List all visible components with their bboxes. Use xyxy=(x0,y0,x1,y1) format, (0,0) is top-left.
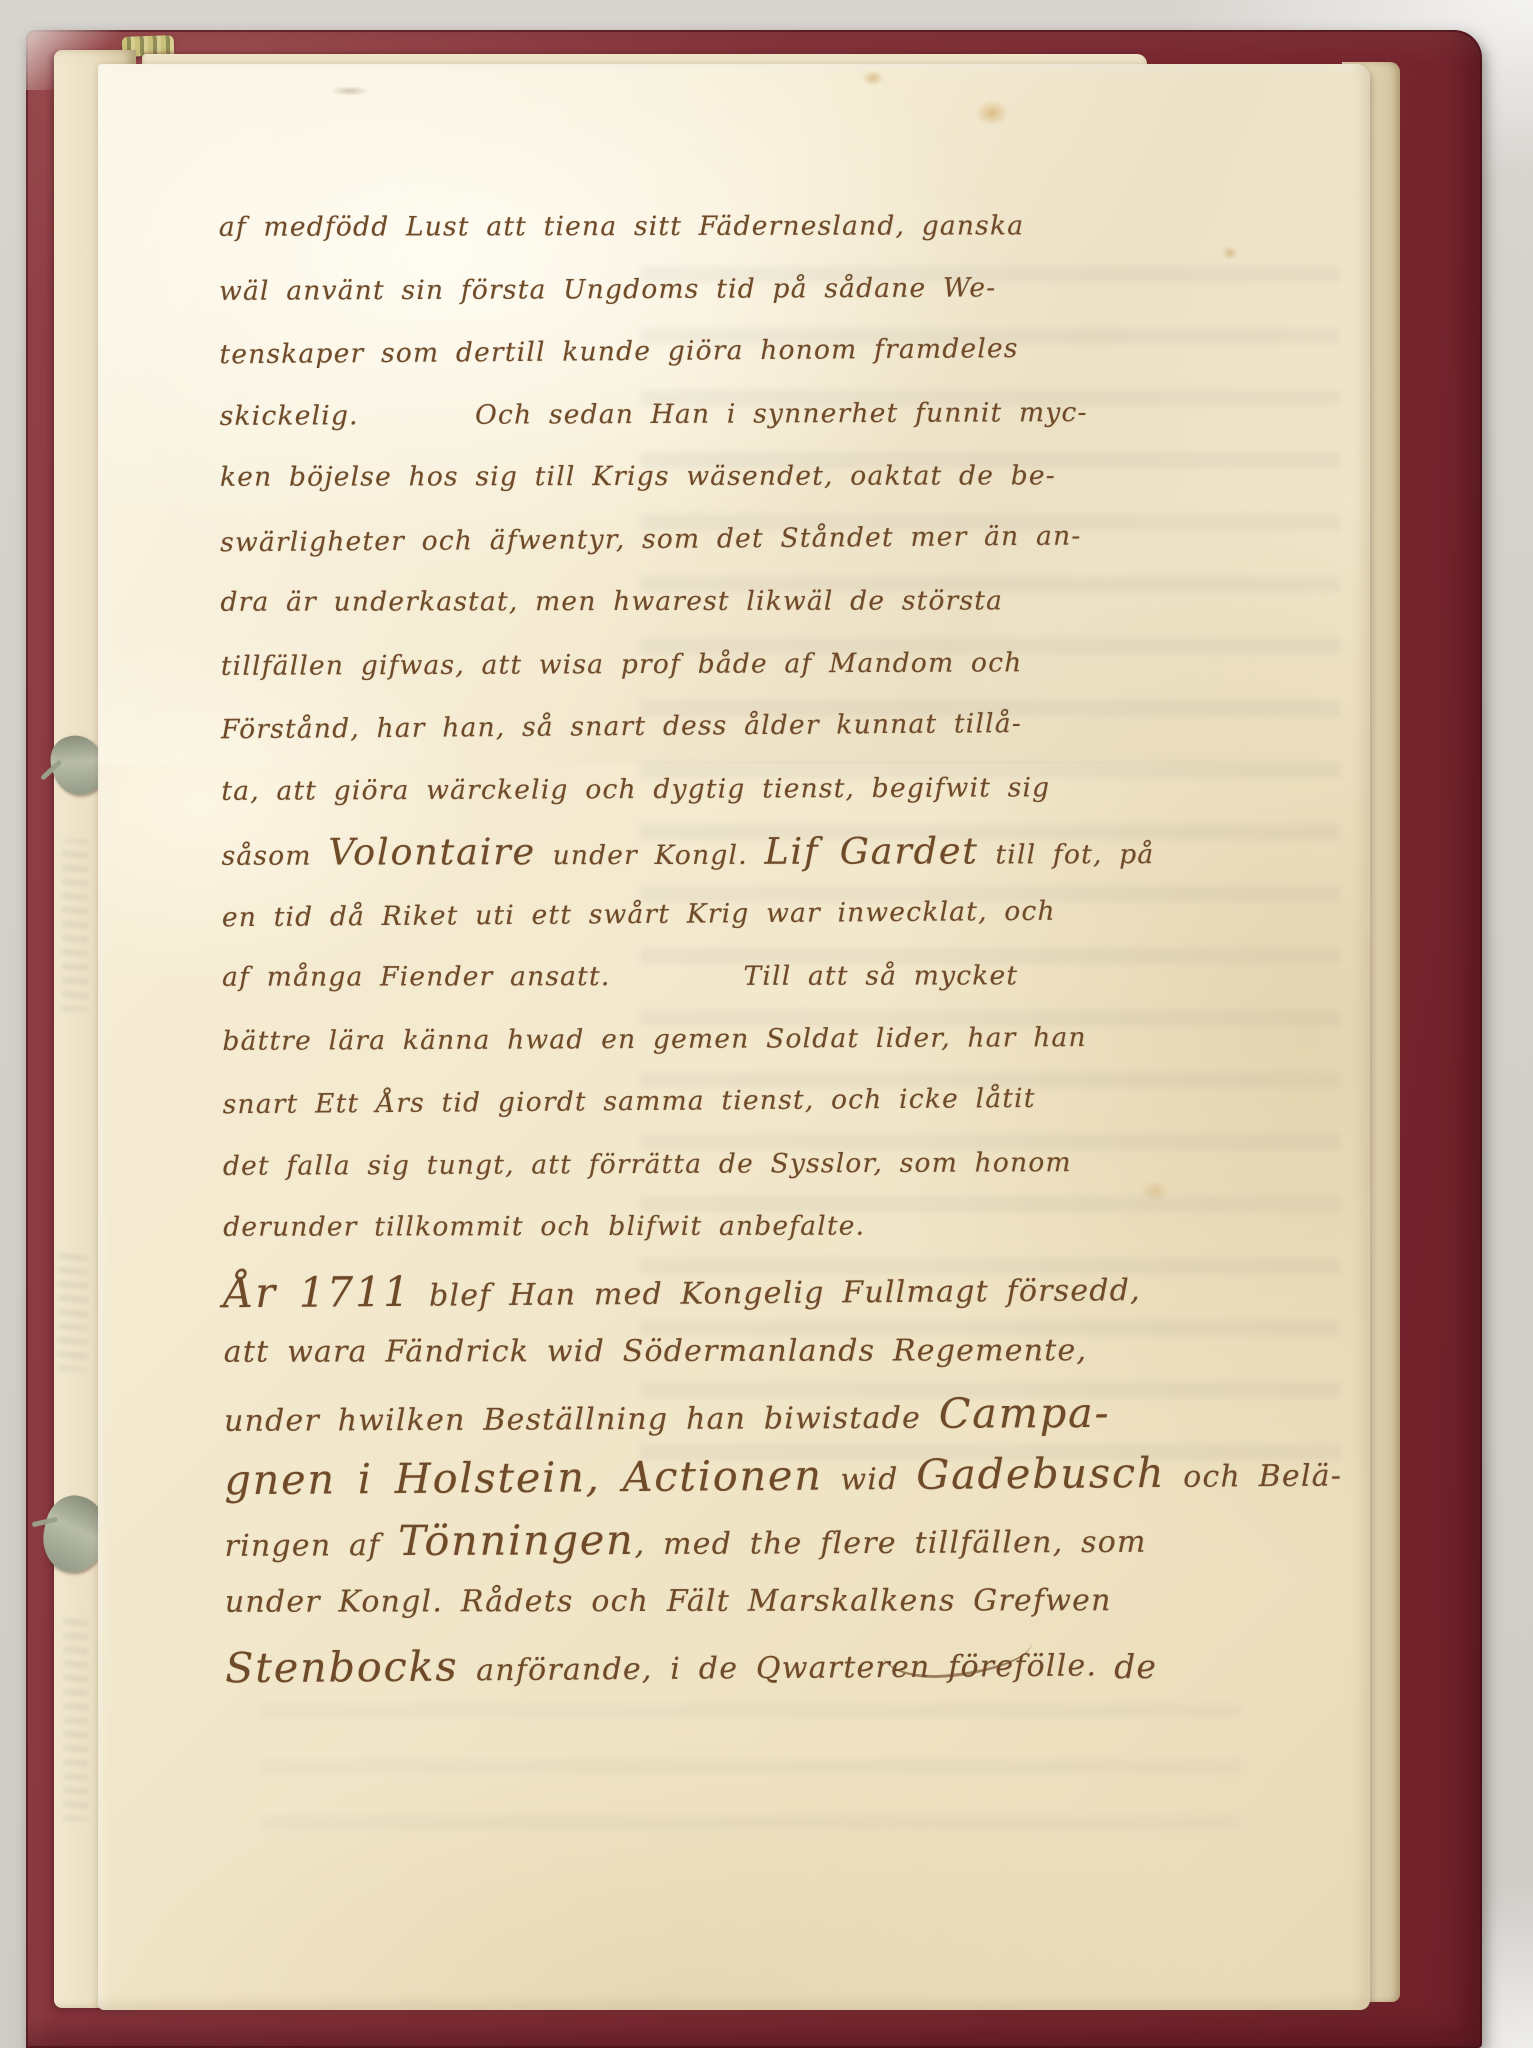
text-segment: skickelig. Och sedan Han i synnerhet fun… xyxy=(220,397,1088,432)
text-segment: bättre lära känna hwad en gemen Soldat l… xyxy=(222,1022,1087,1057)
text-segment: och Belä- xyxy=(1165,1458,1342,1494)
manuscript-line: under Kongl. Rådets och Fält Marskalkens… xyxy=(225,1570,1061,1634)
text-segment: tillfällen gifwas, att wisa prof både af… xyxy=(221,647,1023,681)
manuscript-line: snart Ett Års tid giordt samma tienst, o… xyxy=(222,1068,1058,1137)
text-segment: Förstånd, har han, så snart dess ålder k… xyxy=(221,708,1022,745)
text-segment: wäl använt sin första Ungdoms tid på såd… xyxy=(219,272,996,306)
text-segment: dra är underkastat, men hwarest likwäl d… xyxy=(220,585,1003,617)
emphasized-word: Campa- xyxy=(939,1388,1111,1437)
manuscript-line: bättre lära känna hwad en gemen Soldat l… xyxy=(222,1007,1058,1073)
manuscript-line: gnen i Holstein, Actionen wid Gadebusch … xyxy=(224,1443,1060,1512)
text-segment: ken böjelse hos sig till Krigs wäsendet,… xyxy=(220,460,1056,492)
manuscript-line: att wara Fändrick wid Södermanlands Rege… xyxy=(224,1320,1060,1384)
showthrough-mark xyxy=(58,1250,88,1370)
manuscript-line: tillfällen gifwas, att wisa prof både af… xyxy=(221,632,1057,698)
manuscript-line: dra är underkastat, men hwarest likwäl d… xyxy=(220,570,1056,634)
emphasized-word: Stenbocks xyxy=(225,1642,459,1692)
manuscript-text: af medfödd Lust att tiena sitt Fädernesl… xyxy=(219,194,1062,1698)
text-segment: under hwilken Beställning han biwistade xyxy=(224,1400,939,1438)
emphasized-word: Lif Gardet xyxy=(764,829,978,872)
manuscript-line: under hwilken Beställning han biwistade … xyxy=(224,1382,1060,1448)
text-segment: det falla sig tungt, att förrätta de Sys… xyxy=(223,1147,1072,1182)
text-segment: under Kongl. xyxy=(536,840,765,871)
emphasized-word: År 1711 xyxy=(223,1267,411,1316)
emphasized-word: Volontaire xyxy=(328,830,536,873)
text-segment: swärligheter och äfwentyr, som det Stånd… xyxy=(220,520,1081,558)
manuscript-line: af många Fiender ansatt. Till att så myc… xyxy=(222,945,1058,1009)
manuscript-line: det falla sig tungt, att förrätta de Sys… xyxy=(223,1132,1059,1198)
text-segment: snart Ett Års tid giordt samma tienst, o… xyxy=(223,1083,1036,1120)
showthrough-mark xyxy=(62,840,88,1010)
manuscript-line: ken böjelse hos sig till Krigs wäsendet,… xyxy=(220,445,1056,509)
manuscript-line: derunder tillkommit och blifwit anbefalt… xyxy=(223,1195,1059,1259)
manuscript-line: af medfödd Lust att tiena sitt Fädernesl… xyxy=(219,195,1055,259)
manuscript-line: ta, att giöra wärckelig och dygtig tiens… xyxy=(221,757,1057,823)
manuscript-line: wäl använt sin första Ungdoms tid på såd… xyxy=(219,257,1055,323)
manuscript-line: tenskaper som dertill kunde giöra honom … xyxy=(219,318,1055,387)
text-segment: såsom xyxy=(222,841,329,872)
text-segment: ta, att giöra wärckelig och dygtig tiens… xyxy=(221,772,1050,807)
emphasized-word: gnen i Holstein, Actionen xyxy=(224,1452,823,1505)
catchword: de xyxy=(1114,1635,1158,1698)
manuscript-line: Förstånd, har han, så snart dess ålder k… xyxy=(221,693,1057,762)
manuscript-line: År 1711 blef Han med Kongelig Fullmagt f… xyxy=(223,1255,1059,1324)
text-segment: , med the flere tillfällen, som xyxy=(635,1524,1147,1561)
text-segment: af medfödd Lust att tiena sitt Fädernesl… xyxy=(219,210,1024,242)
text-segment: wid xyxy=(823,1462,917,1498)
text-segment: ringen af xyxy=(225,1528,399,1564)
manuscript-line: swärligheter och äfwentyr, som det Stånd… xyxy=(220,505,1056,574)
manuscript-line: skickelig. Och sedan Han i synnerhet fun… xyxy=(220,382,1056,448)
text-segment: till fot, på xyxy=(979,839,1155,870)
text-segment: af många Fiender ansatt. Till att så myc… xyxy=(222,960,1018,992)
manuscript-line: såsom Volontaire under Kongl. Lif Gardet… xyxy=(222,820,1058,884)
text-segment: att wara Fändrick wid Södermanlands Rege… xyxy=(224,1333,1087,1370)
showthrough-mark xyxy=(64,1610,88,1820)
text-segment: en tid då Riket uti ett swårt Krig war i… xyxy=(222,895,1056,933)
emphasized-word: Gadebusch xyxy=(916,1449,1166,1499)
text-segment: tenskaper som dertill kunde giöra honom … xyxy=(219,333,1018,370)
emphasized-word: Tönningen xyxy=(398,1516,635,1565)
manuscript-line: Stenbocks anförande, i de Qwarteren före… xyxy=(225,1630,1061,1699)
text-segment: blef Han med Kongelig Fullmagt försedd, xyxy=(411,1273,1141,1314)
manuscript-line: en tid då Riket uti ett swårt Krig war i… xyxy=(222,880,1058,949)
text-segment: derunder tillkommit och blifwit anbefalt… xyxy=(223,1211,865,1243)
text-segment: under Kongl. Rådets och Fält Marskalkens… xyxy=(225,1583,1112,1620)
manuscript-line: ringen af Tönningen, med the flere tillf… xyxy=(224,1507,1060,1573)
